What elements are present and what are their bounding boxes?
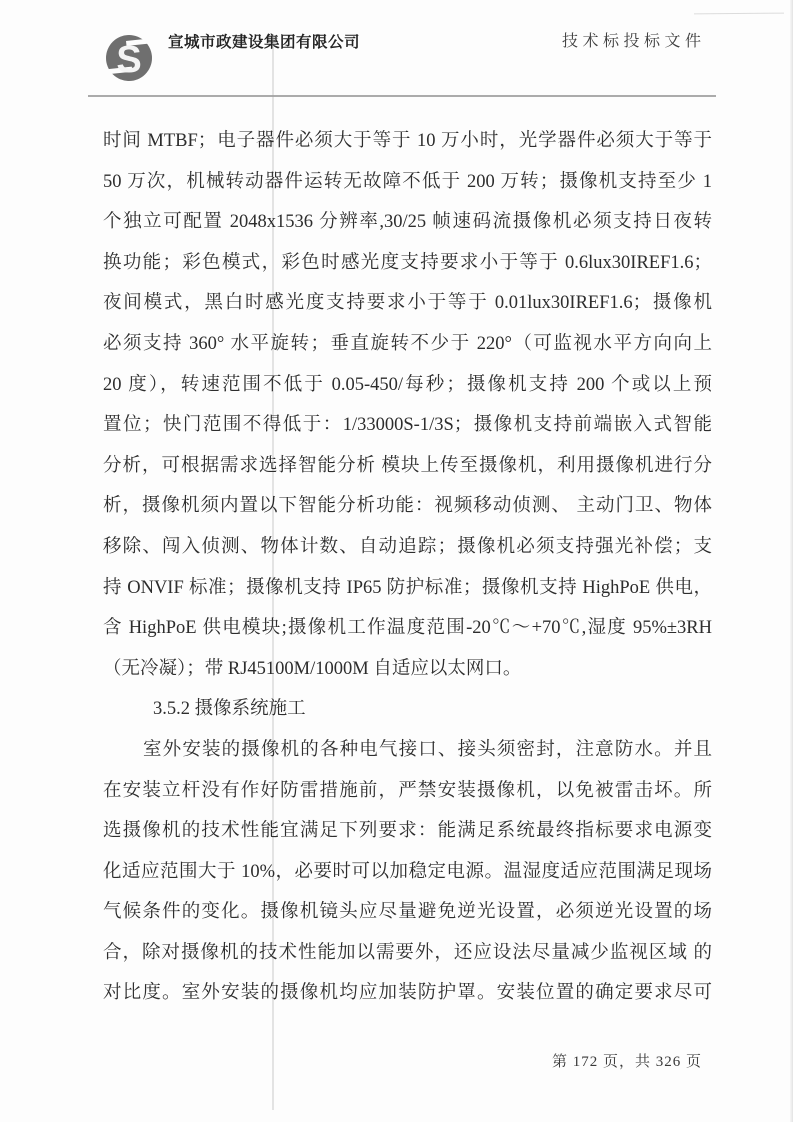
text-line: 夜间模式，黑白时感光度支持要求小于等于 0.01lux30IREF1.6；摄像机 xyxy=(103,283,712,324)
company-logo-icon: S xyxy=(99,27,159,87)
svg-text:S: S xyxy=(116,39,141,81)
text-line: （无冷凝）；带 RJ45100M/1000M 自适应以太网口。 xyxy=(103,649,712,690)
section-heading: 3.5.2 摄像系统施工 xyxy=(103,689,712,730)
text-line: 换功能；彩色模式，彩色时感光度支持要求小于等于 0.6lux30IREF1.6； xyxy=(103,243,712,284)
text-line: 移除、闯入侦测、物体计数、自动追踪；摄像机必须支持强光补偿；支 xyxy=(103,527,712,568)
text-line: 选摄像机的技术性能宜满足下列要求：能满足系统最终指标要求电源变 xyxy=(103,811,712,852)
header-divider xyxy=(88,95,716,97)
document-body: 时间 MTBF；电子器件必须大于等于 10 万小时，光学器件必须大于等于 50 … xyxy=(103,121,712,1014)
text-line: 个独立可配置 2048x1536 分辨率,30/25 帧速码流摄像机必须支持日夜… xyxy=(103,202,712,243)
text-line: 析，摄像机须内置以下智能分析功能：视频移动侦测、 主动门卫、物体 xyxy=(103,486,712,527)
text-line: 20 度），转速范围不低于 0.05-450/每秒；摄像机支持 200 个或以上… xyxy=(103,365,712,406)
text-line: 室外安装的摄像机的各种电气接口、接头须密封，注意防水。并且 xyxy=(103,730,712,771)
text-line: 对比度。室外安装的摄像机均应加装防护罩。安装位置的确定要求尽可 xyxy=(103,973,712,1014)
text-line: 合，除对摄像机的技术性能加以需要外，还应设法尽量减少监视区域 的 xyxy=(103,933,712,974)
text-line: 必须支持 360° 水平旋转；垂直旋转不少于 220°（可监视水平方向向上 xyxy=(103,324,712,365)
text-line: 气候条件的变化。摄像机镜头应尽量避免逆光设置，必须逆光设置的场 xyxy=(103,892,712,933)
text-line: 置位；快门范围不得低于：1/33000S-1/3S；摄像机支持前端嵌入式智能 xyxy=(103,405,712,446)
text-line: 50 万次，机械转动器件运转无故障不低于 200 万转；摄像机支持至少 1 xyxy=(103,162,712,203)
text-line: 化适应范围大于 10%，必要时可以加稳定电源。温湿度适应范围满足现场 xyxy=(103,852,712,893)
text-line: 分析，可根据需求选择智能分析 模块上传至摄像机，利用摄像机进行分 xyxy=(103,446,712,487)
text-line: 在安装立杆没有作好防雷措施前，严禁安装摄像机，以免被雷击坏。所 xyxy=(103,771,712,812)
text-line: 时间 MTBF；电子器件必须大于等于 10 万小时，光学器件必须大于等于 xyxy=(103,121,712,162)
document-page: S 宣城市政建设集团有限公司 技术标投标文件 时间 MTBF；电子器件必须大于等… xyxy=(0,0,793,1122)
scan-artifact-line xyxy=(694,13,784,15)
document-type-label: 技术标投标文件 xyxy=(562,28,706,51)
text-line: 含 HighPoE 供电模块;摄像机工作温度范围-20℃～+70℃,湿度 95%… xyxy=(103,608,712,649)
page-number: 第 172 页，共 326 页 xyxy=(552,1050,702,1071)
company-name: 宣城市政建设集团有限公司 xyxy=(168,30,360,52)
text-line: 持 ONVIF 标准；摄像机支持 IP65 防护标准；摄像机支持 HighPoE… xyxy=(103,568,712,609)
